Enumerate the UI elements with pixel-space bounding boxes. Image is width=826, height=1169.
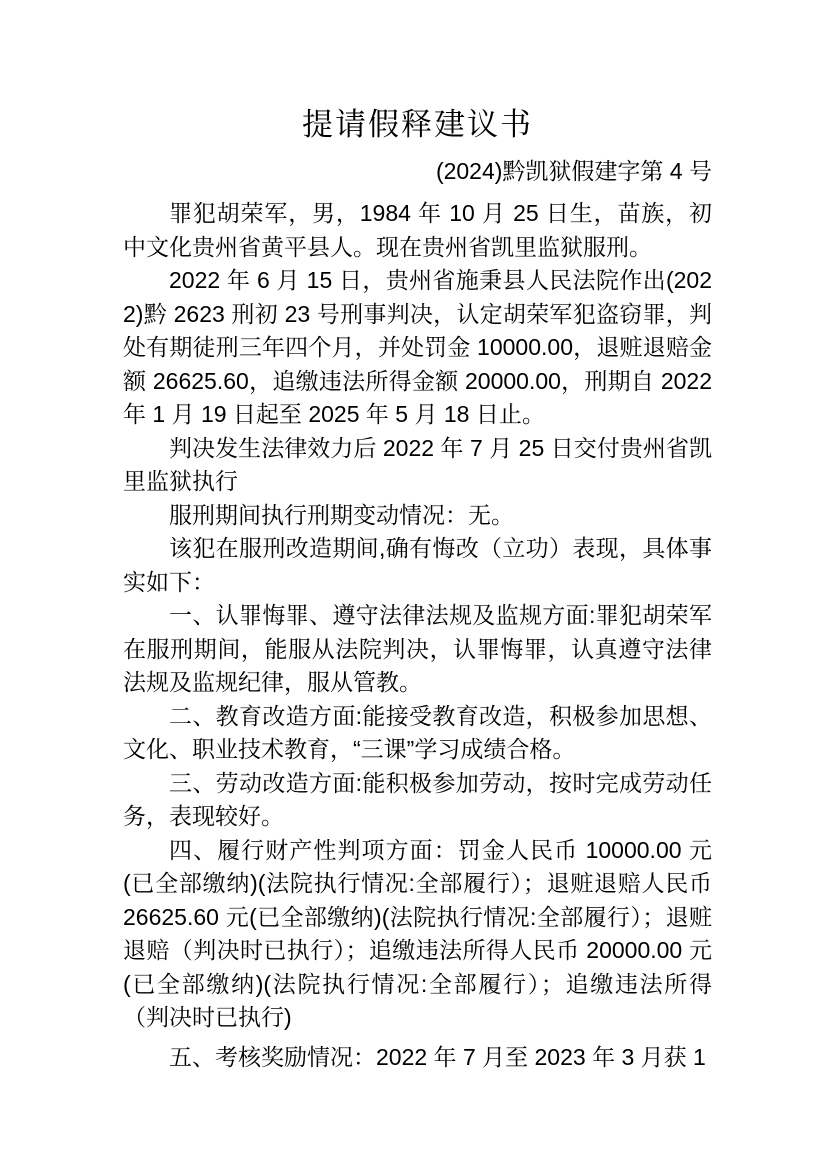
paragraph-section-4: 四、履行财产性判项方面：罚金人民币 10000.00 元(已全部缴纳)(法院执行… <box>123 834 712 1035</box>
paragraph-judgment: 2022 年 6 月 15 日，贵州省施秉县人民法院作出(2022)黔 2623… <box>123 264 712 432</box>
paragraph-delivery: 判决发生法律效力后 2022 年 7 月 25 日交付贵州省凯里监狱执行 <box>123 432 712 499</box>
paragraph-section-5: 五、考核奖励情况：2022 年 7 月至 2023 年 3 月获 1 <box>123 1041 712 1075</box>
document-number: (2024)黔凯狱假建字第 4 号 <box>123 154 712 188</box>
document-body: 罪犯胡荣军，男，1984 年 10 月 25 日生，苗族，初中文化贵州省黄平县人… <box>123 197 712 1074</box>
document-page: 提请假释建议书 (2024)黔凯狱假建字第 4 号 罪犯胡荣军，男，1984 年… <box>0 0 826 1169</box>
paragraph-performance-intro: 该犯在服刑改造期间,确有悔改（立功）表现，具体事实如下： <box>123 532 712 599</box>
paragraph-offender-info: 罪犯胡荣军，男，1984 年 10 月 25 日生，苗族，初中文化贵州省黄平县人… <box>123 197 712 264</box>
document-title: 提请假释建议书 <box>123 102 712 148</box>
paragraph-section-3: 三、劳动改造方面:能积极参加劳动，按时完成劳动任务，表现较好。 <box>123 767 712 834</box>
paragraph-term-change: 服刑期间执行刑期变动情况：无。 <box>123 499 712 533</box>
paragraph-section-2: 二、教育改造方面:能接受教育改造，积极参加思想、文化、职业技术教育，“三课”学习… <box>123 700 712 767</box>
paragraph-section-1: 一、认罪悔罪、遵守法律法规及监规方面:罪犯胡荣军在服刑期间，能服从法院判决，认罪… <box>123 599 712 700</box>
document-content: 提请假释建议书 (2024)黔凯狱假建字第 4 号 罪犯胡荣军，男，1984 年… <box>123 102 712 1074</box>
